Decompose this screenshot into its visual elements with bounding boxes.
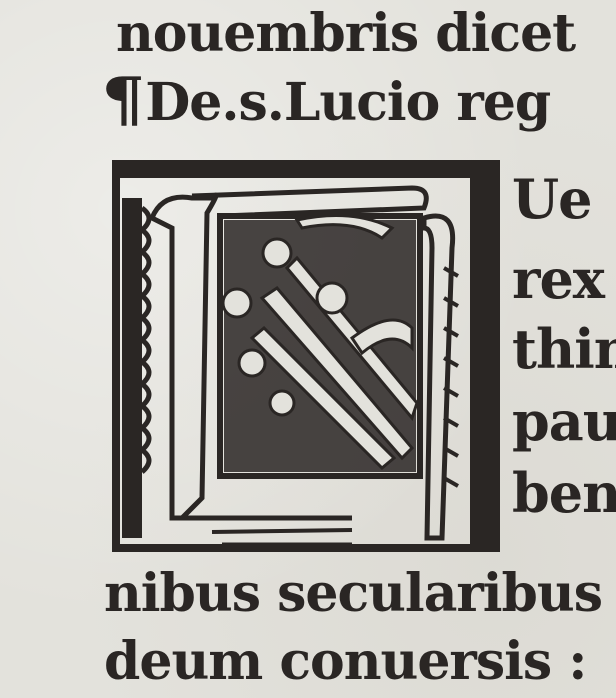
woodcut-initial-v xyxy=(112,158,502,558)
text-line-1: nouembris dicet xyxy=(116,8,575,60)
text-line-2: ¶De.s.Lucio reg xyxy=(104,70,550,130)
text-line-9: deum conuersis : xyxy=(104,636,586,688)
text-side-line-5: ben xyxy=(512,466,616,520)
pilcrow-mark: ¶ xyxy=(101,70,144,130)
chapter-heading: De.s.Lucio reg xyxy=(145,72,550,133)
page: nouembris dicet ¶De.s.Lucio reg xyxy=(0,0,616,698)
text-line-8: nibus secularibus xyxy=(104,568,602,620)
text-side-line-2: rex xyxy=(512,252,604,306)
text-side-line-1: Ue xyxy=(512,172,591,226)
text-side-line-4: pau xyxy=(512,394,616,448)
text-side-line-3: thin xyxy=(512,322,616,376)
woodcut-initial-icon xyxy=(112,158,502,558)
